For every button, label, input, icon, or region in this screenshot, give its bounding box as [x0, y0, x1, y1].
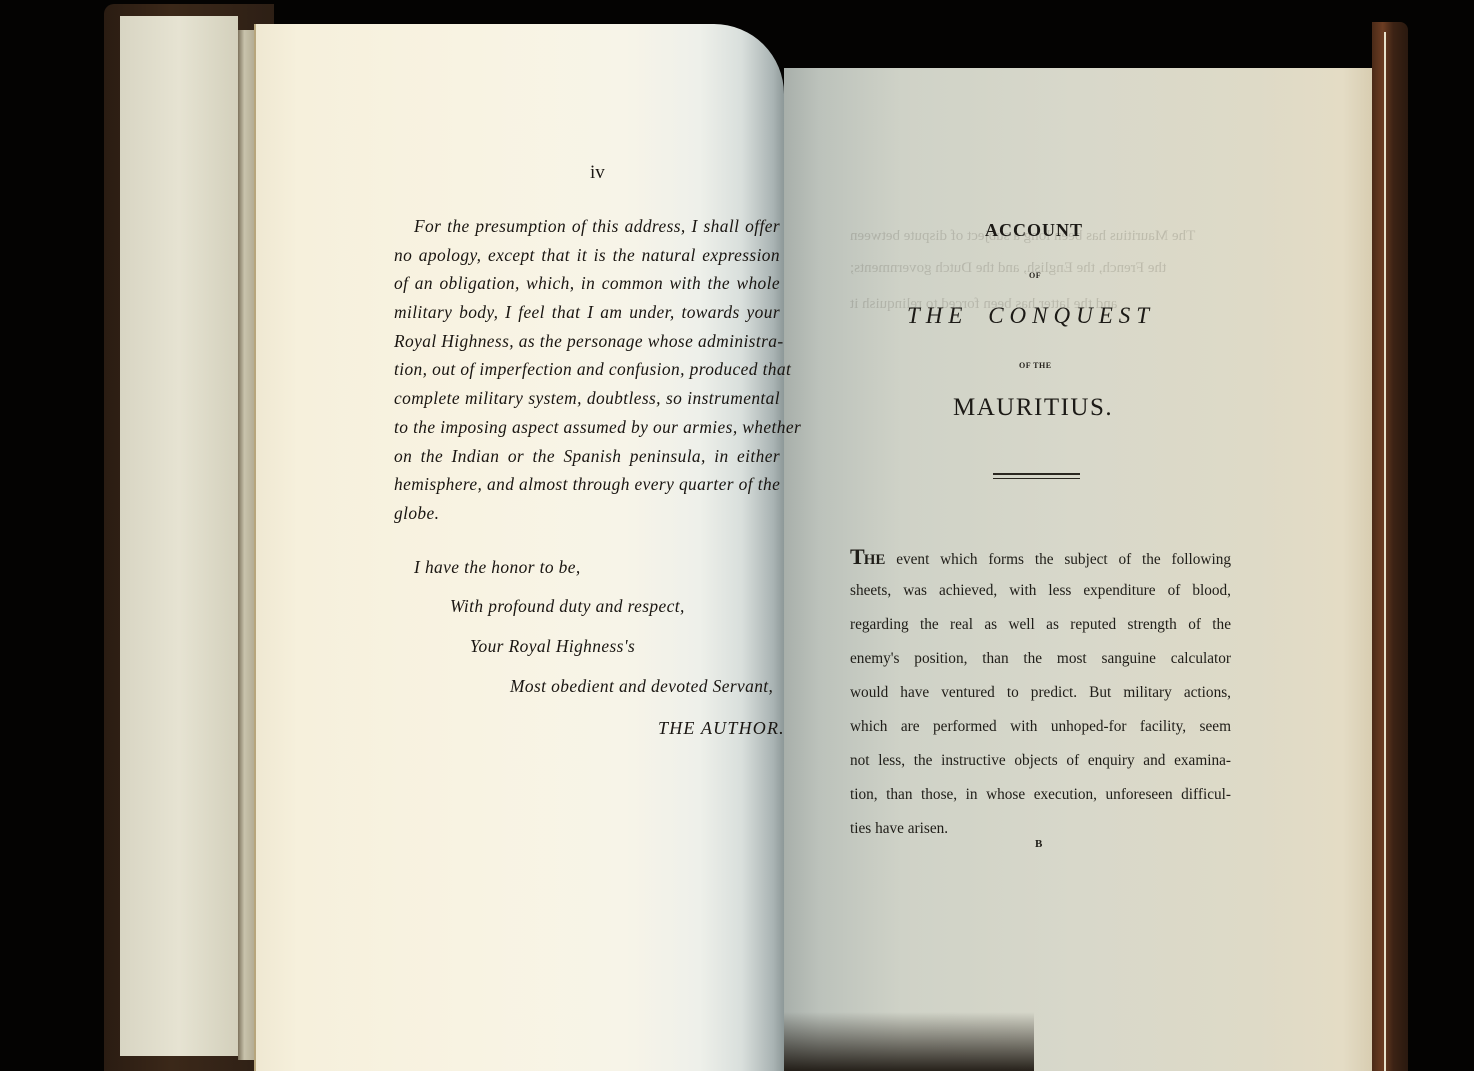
paragraph-line: military body, I feel that I am under, t… — [394, 298, 780, 327]
title-conquest: THE CONQUEST — [907, 303, 1155, 329]
closing-line: I have the honor to be, — [414, 557, 581, 578]
rule-thick — [993, 473, 1080, 475]
closing-line: With profound duty and respect, — [450, 596, 685, 617]
bleed-through-text: the French, the English, and the Dutch g… — [850, 260, 1166, 277]
paragraph-line: tion, than those, in whose execution, un… — [850, 778, 1231, 812]
paragraph-line: complete military system, doubtless, so … — [394, 384, 780, 413]
title-account: ACCOUNT — [985, 220, 1083, 241]
title-mauritius: MAURITIUS. — [953, 394, 1113, 422]
paragraph-line: Royal Highness, as the personage whose a… — [394, 327, 780, 356]
page-edge-line — [1384, 32, 1386, 1071]
chapter-paragraph: THE event which forms the subject of the… — [850, 540, 1231, 846]
title-rule-divider — [993, 473, 1080, 481]
paragraph-line: not less, the instructive objects of enq… — [850, 744, 1231, 778]
rule-thin — [993, 478, 1080, 479]
title-of: OF — [1029, 271, 1041, 280]
paragraph-line: globe. — [394, 499, 780, 528]
paragraph-first-line: THE event which forms the subject of the… — [850, 540, 1231, 574]
dedication-paragraph: For the presumption of this address, I s… — [394, 212, 780, 528]
paragraph-line: sheets, was achieved, with less expendit… — [850, 574, 1231, 608]
closing-line: Your Royal Highness's — [470, 636, 635, 657]
paragraph-line: to the imposing aspect assumed by our ar… — [394, 413, 780, 442]
paragraph-line: would have ventured to predict. But mili… — [850, 676, 1231, 710]
author-signature: THE AUTHOR. — [658, 718, 785, 739]
gutter-shadow — [784, 1012, 1034, 1071]
paragraph-line: of an obligation, which, in common with … — [394, 269, 780, 298]
paragraph-line: regarding the real as well as reputed st… — [850, 608, 1231, 642]
paragraph-line: on the Indian or the Spanish peninsula, … — [394, 442, 780, 471]
title-of-the: OF THE — [1019, 361, 1052, 370]
small-caps: HE — [864, 552, 886, 568]
first-line-text: event which forms the subject of the fol… — [896, 551, 1231, 568]
paragraph-line: no apology, except that it is the natura… — [394, 241, 780, 270]
paragraph-line: hemisphere, and almost through every qua… — [394, 470, 780, 499]
closing-line: Most obedient and devoted Servant, — [510, 676, 773, 697]
flyleaf-page — [120, 16, 238, 1056]
signature-mark: B — [1035, 838, 1042, 850]
paragraph-line: enemy's position, than the most sanguine… — [850, 642, 1231, 676]
paragraph-line: For the presumption of this address, I s… — [394, 212, 780, 241]
paragraph-line: which are performed with unhoped-for fac… — [850, 710, 1231, 744]
page-number: iv — [590, 162, 605, 184]
right-leather-board — [1372, 22, 1408, 1071]
book-scan: The Mauritius has been long a subject of… — [0, 0, 1474, 1071]
paragraph-line: tion, out of imperfection and confusion,… — [394, 355, 780, 384]
drop-cap: T — [850, 544, 864, 569]
left-page — [254, 24, 784, 1071]
page-stack-edge — [238, 30, 254, 1060]
